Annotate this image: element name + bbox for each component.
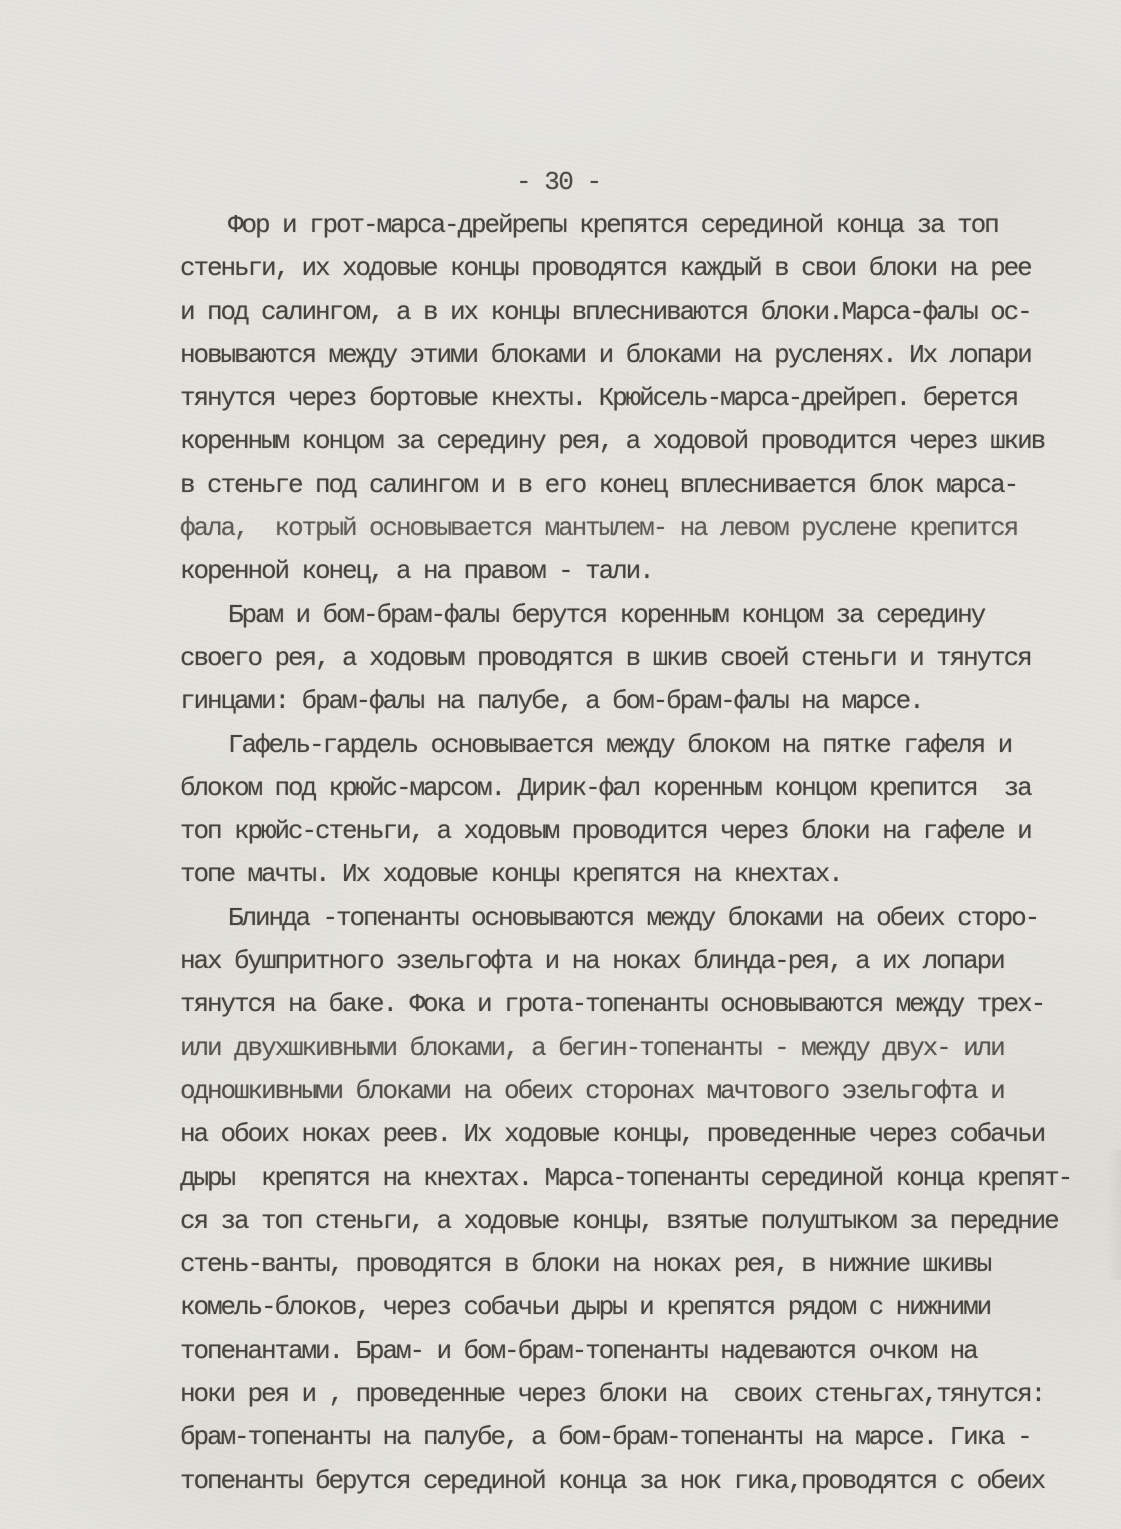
text-line: нах бушпритного эзельгофта и на ноках бл… (180, 940, 1121, 983)
text-line: коренным концом за середину рея, а ходов… (180, 420, 1121, 463)
text-line: на обоих ноках реев. Их ходовые концы, п… (180, 1113, 1121, 1156)
text-line: дыры крепятся на кнехтах. Марса-топенант… (180, 1157, 1121, 1200)
text-line: тянутся через бортовые кнехты. Крюйсель-… (180, 377, 1121, 420)
text-line: Брам и бом-брам-фалы берутся коренным ко… (180, 594, 1121, 637)
text-line: стеньги, их ходовые концы проводятся каж… (180, 247, 1121, 290)
text-line: или двухшкивными блоками, а бегин-топена… (180, 1027, 1121, 1070)
text-line: ноки рея и , проведенные через блоки на … (180, 1373, 1121, 1416)
text-line: Гафель-гардель основывается между блоком… (180, 724, 1121, 767)
text-line: тянутся на баке. Фока и грота-топенанты … (180, 983, 1121, 1026)
text-line: блоком под крюйс-марсом. Дирик-фал корен… (180, 767, 1121, 810)
page-number: - 30 - (180, 160, 601, 204)
text-line: в стеньге под салингом и в его конец впл… (180, 464, 1121, 507)
text-line: своего рея, а ходовым проводятся в шкив … (180, 637, 1121, 680)
text-line: ся за топ стеньги, а ходовые концы, взят… (180, 1200, 1121, 1243)
text-line: топенантами. Брам- и бом-брам-топенанты … (180, 1330, 1121, 1373)
text-line: топ крюйс-стеньги, а ходовым проводится … (180, 810, 1121, 853)
text-line: и под салингом, а в их концы вплеснивают… (180, 291, 1121, 334)
text-line: комель-блоков, через собачьи дыры и креп… (180, 1286, 1121, 1329)
text-line: стень-ванты, проводятся в блоки на ноках… (180, 1243, 1121, 1286)
text-line: брам-топенанты на палубе, а бом-брам-топ… (180, 1416, 1121, 1459)
text-line: Фор и грот-марса-дрейрепы крепятся серед… (180, 204, 1121, 247)
text-line: топенанты берутся серединой конца за нок… (180, 1460, 1121, 1503)
scanned-document-page: { "page": { "number_label": "- 30 -", "p… (0, 0, 1121, 1529)
text-line: одношкивными блоками на обеих сторонах м… (180, 1070, 1121, 1113)
text-line: новываются между этими блоками и блоками… (180, 334, 1121, 377)
text-line: гинцами: брам-фалы на палубе, а бом-брам… (180, 680, 1121, 723)
page: - 30 - Фор и грот-марса-дрейрепы крепятс… (0, 0, 1121, 1529)
text-line: топе мачты. Их ходовые концы крепятся на… (180, 853, 1121, 896)
text-line: коренной конец, а на правом - тали. (180, 550, 1121, 593)
text-line: фала, котрый основывается мантылем- на л… (180, 507, 1121, 550)
text-line: Блинда -топенанты основываются между бло… (180, 897, 1121, 940)
page-lines: Фор и грот-марса-дрейрепы крепятся серед… (180, 204, 1121, 1503)
